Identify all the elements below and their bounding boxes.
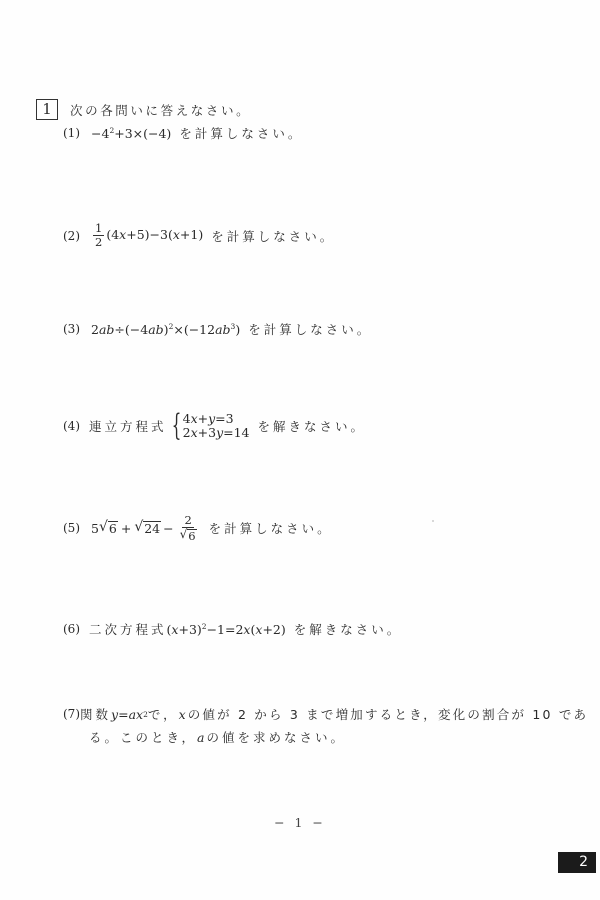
equation-list: 4x+y=3 2x+3y=14: [183, 412, 250, 440]
variable: ab: [215, 322, 230, 337]
math-expression: 2ab÷(−4ab)2×(−12ab3): [91, 322, 240, 337]
question-instruction: を計算しなさい。: [248, 320, 372, 338]
operator: +: [198, 411, 208, 426]
square-root: √6: [99, 520, 118, 536]
question-label: (4): [63, 419, 89, 433]
question-label: (6): [63, 622, 89, 636]
question-prefix: 二次方程式: [89, 620, 167, 638]
expr-part: ×(−12: [173, 322, 215, 337]
text-part: 関数: [80, 705, 111, 723]
square-root: √24: [134, 520, 161, 536]
operator: =: [118, 707, 128, 722]
variable: a: [129, 707, 136, 722]
question-label: (2): [63, 229, 89, 243]
question-4: (4) 連立方程式 { 4x+y=3 2x+3y=14 を解きなさい。: [63, 412, 366, 440]
scan-speck: [432, 520, 434, 522]
question-label: (7): [63, 707, 80, 721]
question-label: (3): [63, 322, 89, 336]
variable: x: [191, 411, 198, 426]
math-expression: 1 2 (4x+5)−3(x+1): [91, 222, 203, 249]
question-3: (3) 2ab÷(−4ab)2×(−12ab3) を計算しなさい。: [63, 320, 372, 338]
operator: +: [121, 521, 131, 536]
expr-part: +3): [178, 622, 201, 637]
math-expression: −42+3×(−4): [91, 126, 171, 141]
text-part: る。このとき，: [89, 730, 197, 745]
question-7-line-2: る。このとき，aの値を求めなさい。: [89, 728, 563, 746]
left-brace-icon: {: [171, 412, 181, 440]
radical-icon: √: [180, 528, 188, 542]
coef: 5: [91, 521, 99, 536]
equation-1: 4x+y=3: [183, 412, 250, 426]
expr-part: −4: [91, 126, 109, 141]
section-number-box: 1: [36, 99, 58, 120]
fraction-numerator: 1: [93, 222, 104, 236]
equation-2: 2x+3y=14: [183, 426, 250, 440]
expr-part: ÷(−4: [114, 322, 148, 337]
variable: x: [173, 227, 180, 242]
fraction-denominator: √6: [178, 528, 199, 542]
variable: ab: [148, 322, 163, 337]
operator: −: [163, 521, 173, 536]
radical-icon: √: [134, 520, 143, 536]
equation-system: { 4x+y=3 2x+3y=14: [167, 412, 250, 440]
radical-icon: √: [99, 520, 108, 536]
text-part: の値を求めなさい。: [206, 730, 346, 745]
expr-part: −1=2: [207, 622, 244, 637]
coef: 2: [183, 425, 191, 440]
variable: x: [179, 707, 186, 722]
exam-page: 1 次の各問いに答えなさい。 (1) −42+3×(−4) を計算しなさい。 (…: [0, 0, 600, 900]
question-instruction: を解きなさい。: [294, 620, 403, 638]
text-part: の値が 2 から 3 まで増加するとき，変化の割合が 10 であ: [188, 705, 589, 723]
question-6: (6) 二次方程式 (x+3)2−1=2x(x+2) を解きなさい。: [63, 620, 402, 638]
fraction: 1 2: [93, 222, 104, 249]
text-part: で，: [148, 705, 179, 723]
expr-part: +2): [262, 622, 285, 637]
question-prefix: 連立方程式: [89, 417, 167, 435]
question-5: (5) 5 √6 + √24 − 2 √6 を計算しなさい。: [63, 514, 333, 542]
fraction-denominator: 2: [93, 236, 104, 249]
variable: x: [136, 707, 143, 722]
expr-part: (4: [106, 227, 119, 242]
square-root: √6: [180, 528, 197, 542]
section-instruction: 次の各問いに答えなさい。: [70, 101, 251, 119]
question-1: (1) −42+3×(−4) を計算しなさい。: [63, 124, 303, 142]
fraction: 2 √6: [178, 514, 199, 542]
question-label: (1): [63, 126, 89, 140]
question-7: (7) 関数y=ax2で，xの値が 2 から 3 まで増加するとき，変化の割合が…: [63, 705, 563, 746]
expr-part: +5)−3(: [126, 227, 173, 242]
radicand: 6: [187, 529, 196, 542]
rhs: =3: [215, 411, 233, 426]
variable: y: [111, 707, 118, 722]
radicand: 6: [108, 521, 118, 536]
section-header: 1 次の各問いに答えなさい。: [36, 99, 251, 120]
expr-part: ): [235, 322, 240, 337]
question-instruction: を計算しなさい。: [179, 124, 303, 142]
math-expression: (x+3)2−1=2x(x+2): [167, 622, 286, 637]
question-label: (5): [63, 521, 89, 535]
question-instruction: を解きなさい。: [258, 417, 367, 435]
math-expression: 5 √6 + √24 − 2 √6: [91, 514, 201, 542]
operator: +3: [198, 425, 216, 440]
rhs: =14: [223, 425, 249, 440]
radicand: 24: [143, 521, 161, 536]
variable: a: [197, 730, 204, 745]
page-number: − 1 −: [0, 815, 600, 830]
page-badge: 2: [558, 852, 596, 873]
variable: ab: [99, 322, 114, 337]
question-instruction: を計算しなさい。: [211, 227, 335, 245]
question-7-line-1: (7) 関数y=ax2で，xの値が 2 から 3 まで増加するとき，変化の割合が…: [63, 705, 563, 723]
question-instruction: を計算しなさい。: [209, 519, 333, 537]
question-2: (2) 1 2 (4x+5)−3(x+1) を計算しなさい。: [63, 222, 335, 249]
expr-part: +3×(−4): [114, 126, 171, 141]
coef: 4: [183, 411, 191, 426]
variable: x: [191, 425, 198, 440]
expr-part: 2: [91, 322, 99, 337]
expr-part: +1): [180, 227, 203, 242]
fraction-numerator: 2: [182, 514, 193, 528]
